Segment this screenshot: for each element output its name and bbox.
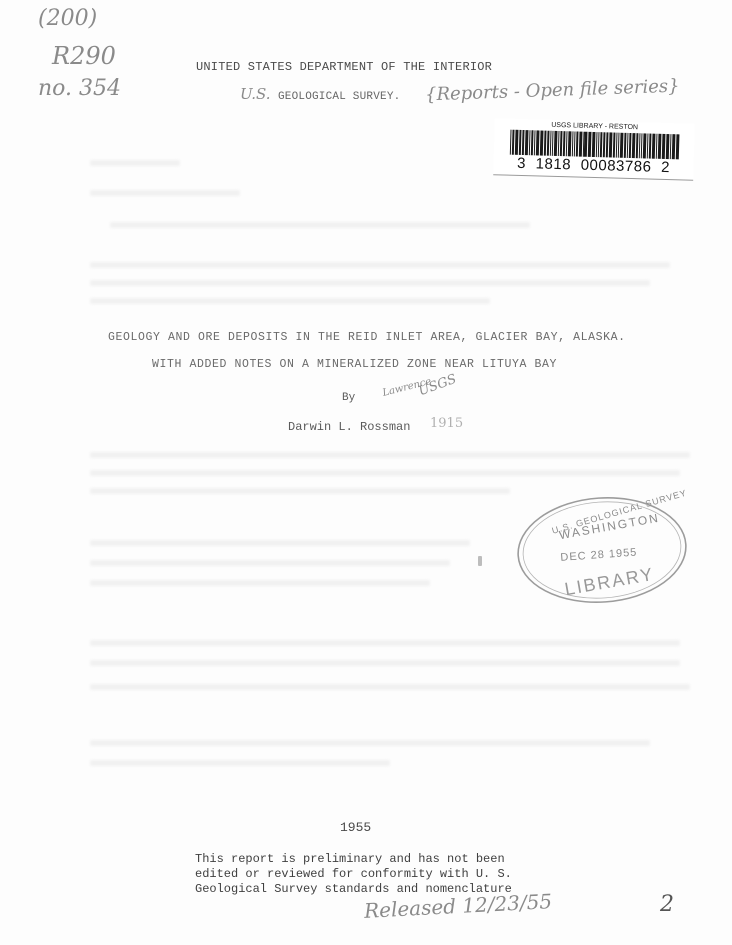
- handwritten-series-note: {Reports - Open file series}: [425, 76, 680, 106]
- report-title-line-1: GEOLOGY AND ORE DEPOSITS IN THE REID INL…: [108, 331, 626, 344]
- handwritten-us-prefix: U.S.: [240, 85, 271, 103]
- document-page: (200) R290 no. 354 UNITED STATES DEPARTM…: [0, 0, 732, 945]
- handwritten-page-number: 2: [660, 892, 674, 917]
- byline-by: By: [342, 392, 355, 404]
- handwritten-catalog-1: (200): [38, 6, 97, 31]
- library-received-stamp: U.S. GEOLOGICAL SURVEY WASHINGTON DEC 28…: [512, 488, 691, 612]
- author-name: Darwin L. Rossman: [288, 420, 410, 434]
- publication-year: 1955: [340, 820, 371, 835]
- preliminary-notice-line-2: edited or reviewed for conformity with U…: [195, 867, 512, 881]
- handwritten-catalog-3: no. 354: [38, 76, 121, 101]
- stray-mark: [478, 556, 482, 566]
- barcode-bar: [676, 134, 680, 159]
- library-barcode-label: USGS LIBRARY - RESTON 3 1818 00083786 2: [493, 118, 695, 181]
- preliminary-notice-line-1: This report is preliminary and has not b…: [195, 852, 505, 866]
- agency-heading: GEOLOGICAL SURVEY.: [278, 91, 400, 103]
- handwritten-author-mark: USGS: [417, 372, 459, 399]
- handwritten-year-note: 1915: [430, 416, 463, 431]
- report-title-line-2: WITH ADDED NOTES ON A MINERALIZED ZONE N…: [152, 358, 557, 371]
- handwritten-catalog-2: R290: [52, 42, 116, 70]
- department-heading: UNITED STATES DEPARTMENT OF THE INTERIOR: [196, 60, 492, 74]
